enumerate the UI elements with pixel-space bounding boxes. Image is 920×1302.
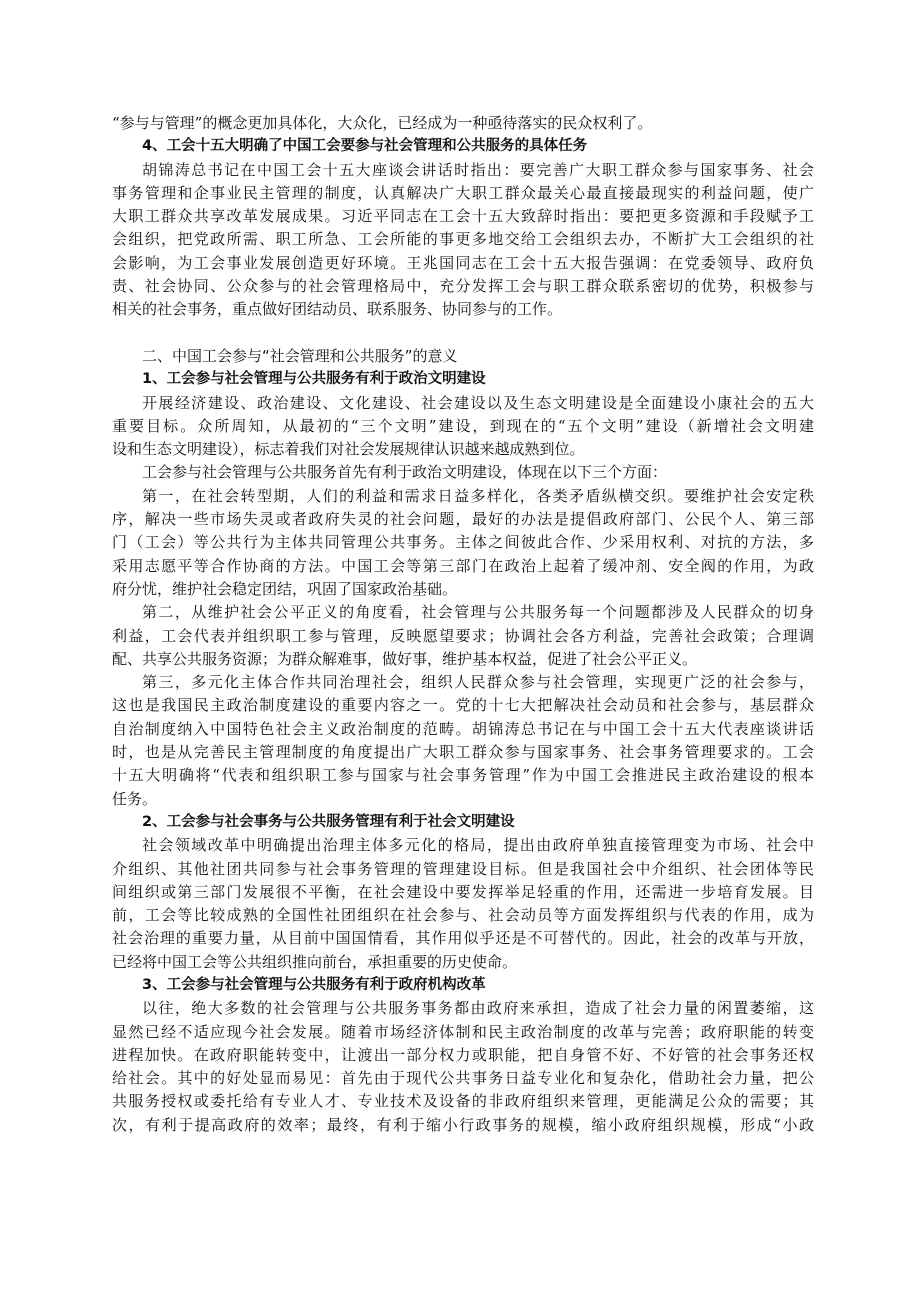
text-line: 进程加快。在政府职能转变中，让渡出一部分权力或职能，把自身管不好、不好管的社会事… bbox=[112, 1044, 814, 1067]
text-line: 社会领域改革中明确提出治理主体多元化的格局，提出由政府单独直接管理变为市场、社会… bbox=[112, 834, 814, 857]
paragraph-social-reform: 社会领域改革中明确提出治理主体多元化的格局，提出由政府单独直接管理变为市场、社会… bbox=[112, 834, 814, 974]
text-line: 共服务授权或委托给有专业人才、专业技术及设备的非政府组织来管理，更能满足公众的需… bbox=[112, 1090, 814, 1113]
text-line: 介组织、其他社团共同参与社会事务管理的管理建设目标。但是我国社会中介组织、社会团… bbox=[112, 858, 814, 881]
subheading-4: 4、工会十五大明确了中国工会要参与社会管理和公共服务的具体任务 bbox=[112, 135, 814, 158]
text-line: 配、共享公共服务资源；为群众解难事，做好事，维护基本权益，促进了社会公平正义。 bbox=[112, 648, 814, 671]
paragraph-three-aspects-intro: 工会参与社会管理与公共服务首先有利于政治文明建设，体现在以下三个方面： bbox=[112, 461, 814, 484]
text-line: 相关的社会事务，重点做好团结动员、联系服务、协同参与的工作。 bbox=[112, 298, 814, 321]
text-line: 会组织，把党政所需、职工所急、工会所能的事更多地交给工会组织去办，不断扩大工会组… bbox=[112, 228, 814, 251]
text-line: 工会参与社会管理与公共服务首先有利于政治文明建设，体现在以下三个方面： bbox=[112, 461, 814, 484]
text-line: 时，也是从完善民主管理制度的角度提出广大职工群众参与国家事务、社会事务管理要求的… bbox=[112, 741, 814, 764]
text-line: 显然已经不适应现今社会发展。随着市场经济体制和民主政治制度的改革与完善；政府职能… bbox=[112, 1021, 814, 1044]
text-line: 间组织或第三部门发展很不平衡，在社会建设中要发挥举足轻重的作用，还需进一步培育发… bbox=[112, 881, 814, 904]
text-line: 府分忧，维护社会稳定团结，巩固了国家政治基础。 bbox=[112, 578, 814, 601]
text-line: 设和生态文明建设），标志着我们对社会发展规律认识越来越成熟到位。 bbox=[112, 438, 814, 461]
document-page: “参与与管理”的概念更加具体化，大众化，已经成为一种亟待落实的民众权利了。 4、… bbox=[112, 112, 814, 1137]
paragraph-hu-jintao-speech: 胡锦涛总书记在中国工会十五大座谈会讲话时指出：要完善广大职工群众参与国家事务、社… bbox=[112, 159, 814, 322]
text-line: 会影响，为工会事业发展创造更好环境。王兆国同志在工会十五大报告强调：在党委领导、… bbox=[112, 252, 814, 275]
text-line: 第二，从维护社会公平正义的角度看，社会管理与公共服务每一个问题都涉及人民群众的切… bbox=[112, 601, 814, 624]
blank-line bbox=[112, 322, 814, 345]
text-line: 任务。 bbox=[112, 788, 814, 811]
text-line: 重要目标。众所周知，从最初的“三个文明”建设，到现在的“五个文明”建设（新增社会… bbox=[112, 415, 814, 438]
paragraph-government-reform: 以往，绝大多数的社会管理与公共服务事务都由政府来承担，造成了社会力量的闲置萎缩，… bbox=[112, 997, 814, 1137]
subheading-3: 3、工会参与社会管理与公共服务有利于政府机构改革 bbox=[112, 974, 814, 997]
text-line: 开展经济建设、政治建设、文化建设、社会建设以及生态文明建设是全面建设小康社会的五… bbox=[112, 392, 814, 415]
text-line: 责、社会协同、公众参与的社会管理格局中，充分发挥工会与职工群众联系密切的优势，积… bbox=[112, 275, 814, 298]
text-line: 给社会。其中的好处显而易见：首先由于现代公共事务日益专业化和复杂化，借助社会力量… bbox=[112, 1067, 814, 1090]
text-line: 采用志愿平等合作协商的方法。中国工会等第三部门在政治上起着了缓冲剂、安全阀的作用… bbox=[112, 555, 814, 578]
section-heading-2: 二、中国工会参与“社会管理和公共服务”的意义 bbox=[112, 345, 814, 368]
paragraph-third: 第三，多元化主体合作共同治理社会，组织人民群众参与社会管理，实现更广泛的社会参与… bbox=[112, 671, 814, 811]
text-line: 利益，工会代表并组织职工参与管理，反映愿望要求；协调社会各方利益，完善社会政策；… bbox=[112, 625, 814, 648]
subheading-1: 1、工会参与社会管理与公共服务有利于政治文明建设 bbox=[112, 368, 814, 391]
paragraph-first: 第一，在社会转型期，人们的利益和需求日益多样化，各类矛盾纵横交织。要维护社会安定… bbox=[112, 485, 814, 601]
paragraph-five-civilizations: 开展经济建设、政治建设、文化建设、社会建设以及生态文明建设是全面建设小康社会的五… bbox=[112, 392, 814, 462]
paragraph-continuation: “参与与管理”的概念更加具体化，大众化，已经成为一种亟待落实的民众权利了。 bbox=[112, 112, 814, 135]
text-line: 门（工会）等公共行为主体共同管理公共事务。主体之间彼此合作、少采用权利、对抗的方… bbox=[112, 531, 814, 554]
text-line: 次，有利于提高政府的效率；最终，有利于缩小行政事务的规模，缩小政府组织规模，形成… bbox=[112, 1114, 814, 1137]
text-line: 大职工群众共享改革发展成果。习近平同志在工会十五大致辞时指出：要把更多资源和手段… bbox=[112, 205, 814, 228]
text-line: 这也是我国民主政治制度建设的重要内容之一。党的十七大把解决社会动员和社会参与，基… bbox=[112, 694, 814, 717]
text-line: “参与与管理”的概念更加具体化，大众化，已经成为一种亟待落实的民众权利了。 bbox=[112, 112, 814, 135]
text-line: 第三，多元化主体合作共同治理社会，组织人民群众参与社会管理，实现更广泛的社会参与… bbox=[112, 671, 814, 694]
text-line: 前，工会等比较成熟的全国性社团组织在社会参与、社会动员等方面发挥组织与代表的作用… bbox=[112, 904, 814, 927]
text-line: 事务管理和企事业民主管理的制度，认真解决广大职工群众最关心最直接最现实的利益问题… bbox=[112, 182, 814, 205]
text-line: 自治制度纳入中国特色社会主义政治制度的范畴。胡锦涛总书记在与中国工会十五大代表座… bbox=[112, 718, 814, 741]
text-line: 第一，在社会转型期，人们的利益和需求日益多样化，各类矛盾纵横交织。要维护社会安定… bbox=[112, 485, 814, 508]
text-line: 已经将中国工会等公共组织推向前台，承担重要的历史使命。 bbox=[112, 951, 814, 974]
paragraph-second: 第二，从维护社会公平正义的角度看，社会管理与公共服务每一个问题都涉及人民群众的切… bbox=[112, 601, 814, 671]
text-line: 以往，绝大多数的社会管理与公共服务事务都由政府来承担，造成了社会力量的闲置萎缩，… bbox=[112, 997, 814, 1020]
text-line: 胡锦涛总书记在中国工会十五大座谈会讲话时指出：要完善广大职工群众参与国家事务、社… bbox=[112, 159, 814, 182]
text-line: 十五大明确将“代表和组织职工参与国家与社会事务管理”作为中国工会推进民主政治建设… bbox=[112, 764, 814, 787]
subheading-2: 2、工会参与社会事务与公共服务管理有利于社会文明建设 bbox=[112, 811, 814, 834]
text-line: 序，解决一些市场失灵或者政府失灵的社会问题，最好的办法是提倡政府部门、公民个人、… bbox=[112, 508, 814, 531]
text-line: 社会治理的重要力量，从目前中国国情看，其作用似乎还是不可替代的。因此，社会的改革… bbox=[112, 927, 814, 950]
